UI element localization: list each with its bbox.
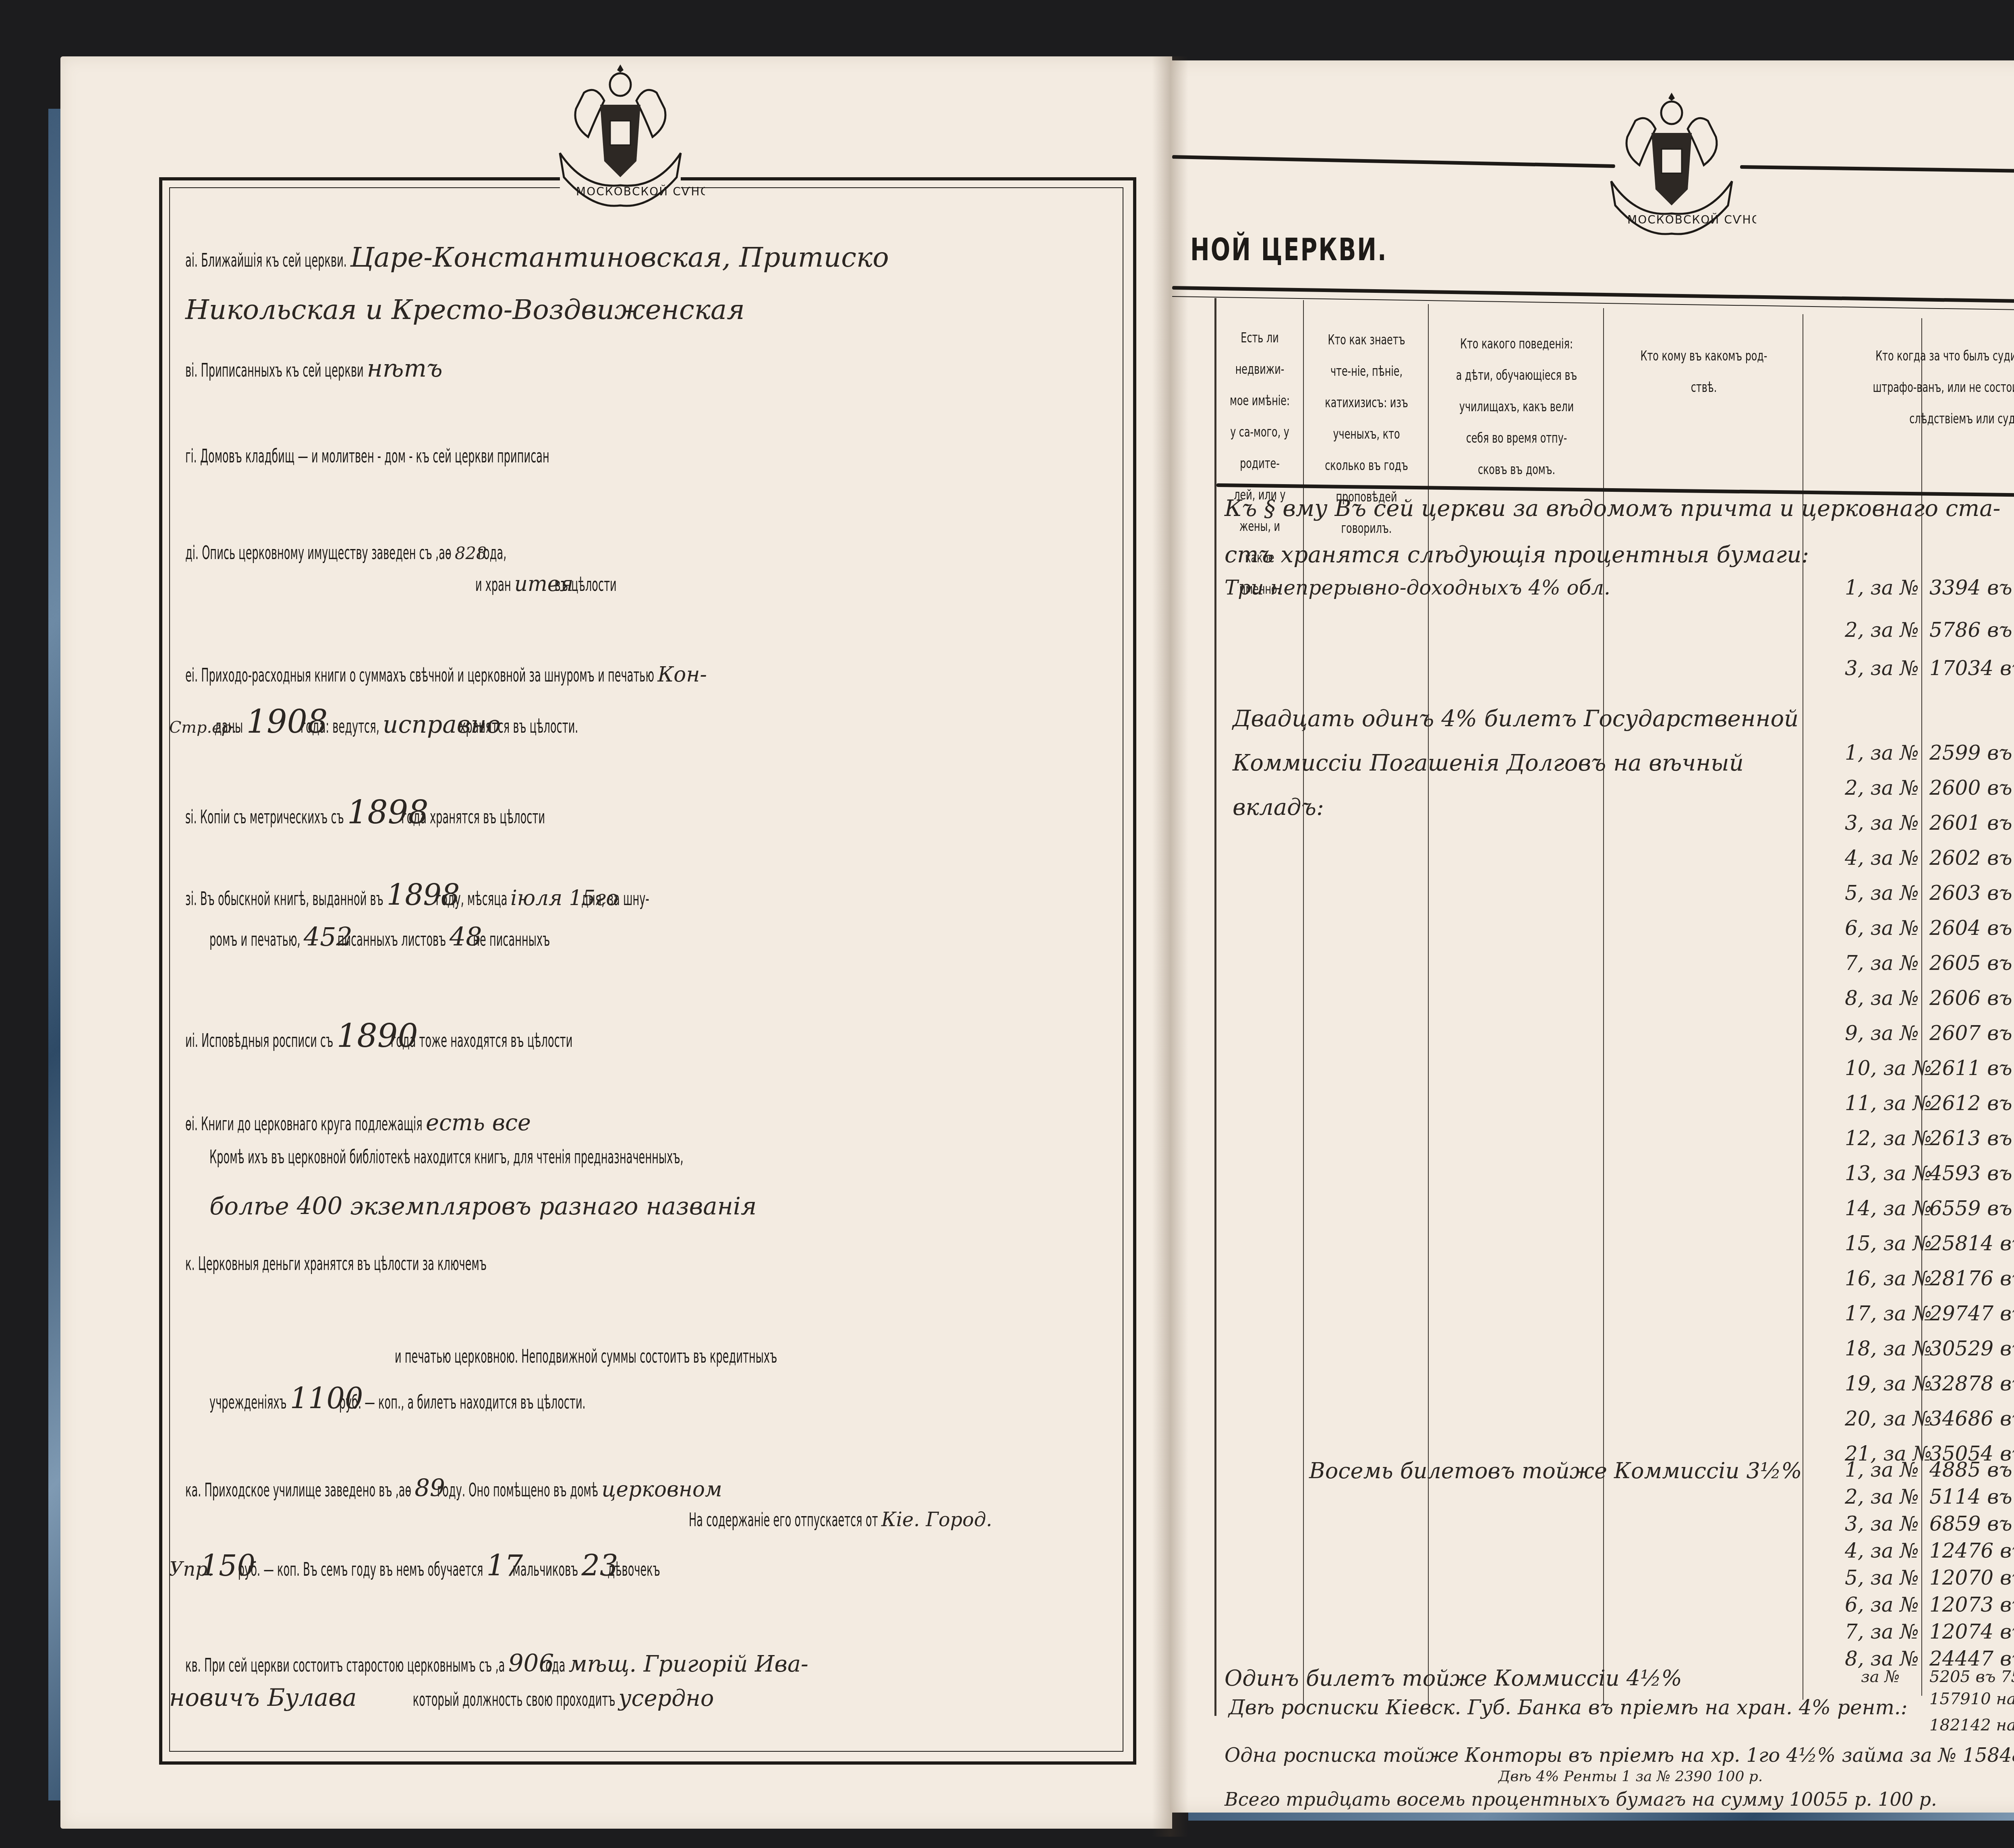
item-zi-cont-label: ромъ и печатью,: [209, 928, 300, 950]
intro-line-1: Къ § вму Въ сей церкви за вѣдомомъ причт…: [1225, 495, 2000, 522]
entry-index: 8, за №: [1845, 1647, 1919, 1670]
item-k-continued: и печатью церковною. Неподвижной суммы с…: [395, 1345, 777, 1367]
item-ei-label: еі. Приходо-расходныя книги о суммахъ св…: [185, 664, 654, 686]
item-ii-label: иі. Исповѣдныя росписи съ: [185, 1030, 333, 1051]
entry-number-value: 182142 на 900 р.: [1929, 1716, 2014, 1734]
document-title: НОЙ ЦЕРКВИ.: [1190, 232, 1388, 267]
entry-number-value: 2607 въ 100 р.: [1929, 1021, 2014, 1045]
entry-number-value: 2605 въ 100 р.: [1929, 951, 2014, 975]
group-label-perpetual: Три непрерывно-доходныхъ 4% обл.: [1225, 576, 1610, 599]
item-di-cont-value: итея: [514, 572, 574, 596]
entry-index: 6, за №: [1845, 916, 1919, 940]
entry-index: 3, за №: [1845, 811, 1919, 835]
entry-number-value: 34686 въ 200 р.: [1929, 1407, 2014, 1430]
entry-index: 20, за №: [1845, 1407, 1932, 1430]
entry-number-value: 24447 въ 100 р.: [1929, 1647, 2014, 1670]
entry-number-value: 2601 въ 100 р.: [1929, 811, 2014, 835]
entry-number-value: 12476 въ 100 р.: [1929, 1539, 2014, 1562]
entry-number-value: 5205 въ 75 р.: [1929, 1668, 2014, 1686]
item-gi: гі. Домовъ кладбищ — и молитвен - дом - …: [185, 445, 549, 467]
entry-number-value: 2602 въ 200 р.: [1929, 846, 2014, 870]
entry-number-value: 29747 въ 300 р.: [1929, 1302, 2014, 1325]
entry-index: 2, за №: [1845, 1485, 1919, 1508]
item-zi-blank-sheets: 48: [450, 922, 482, 952]
entry-index: 6, за №: [1845, 1593, 1919, 1616]
item-di-cont-label: и хран: [475, 574, 511, 595]
entry-number-value: 157910 на 1000 р.: [1929, 1690, 2014, 1708]
item-k-label: к. Церковныя деньги хранятся въ цѣлости …: [185, 1253, 487, 1274]
item-ka-boys: 17: [487, 1549, 523, 1583]
item-zi-continued: ромъ и печатью, 452 писанныхъ листовъ 48…: [209, 922, 550, 952]
entry-index: за №: [1861, 1668, 1900, 1686]
table-left-border: [1214, 298, 1216, 1716]
entry-index: 7, за №: [1845, 951, 1919, 975]
column-header-trials: Кто когда за что былъ судимъ, и чѣмъ штр…: [1855, 340, 2014, 435]
entry-index: 14, за №: [1845, 1197, 1932, 1220]
entry-index: 15, за №: [1845, 1232, 1932, 1255]
item-gi-label: гі. Домовъ кладбищ — и молитвен - дом - …: [185, 445, 549, 467]
entry-index: 3, за №: [1845, 657, 1919, 680]
entry-number-value: 3394 въ 400 р.: [1929, 576, 2014, 599]
entry-number-value: 2604 въ 300 р.: [1929, 916, 2014, 940]
entry-index: 18, за №: [1845, 1337, 1932, 1360]
entry-index: 2, за №: [1845, 776, 1919, 800]
item-ii-year: 1890: [336, 1017, 418, 1055]
item-ka-label2: году. Оно помѣщено въ домѣ: [437, 1479, 598, 1501]
item-ai-continued: Никольская и Кресто-Воздвиженская: [185, 294, 535, 326]
item-thi-value: есть все: [426, 1110, 531, 1136]
item-zi-year: 1898: [387, 878, 460, 912]
item-ka-cont2-label: руб. — коп. Въ семъ году въ немъ обучает…: [238, 1558, 483, 1580]
item-kv-year: 906: [508, 1649, 554, 1678]
item-kv-warden-name: мѣщ. Григорій Ива-: [569, 1651, 808, 1677]
item-ka-year: 89: [414, 1474, 445, 1502]
entry-number-value: 2613 въ 500 р.: [1929, 1127, 2014, 1150]
footer-line-2: Двѣ 4% Ренты 1 за № 2390 100 р.: [1498, 1768, 1763, 1785]
footer-line-3: Всего тридцать восемь процентныхъ бумагъ…: [1225, 1788, 1937, 1810]
entry-number-value: 2606 въ 200 р.: [1929, 986, 2014, 1010]
item-kv-warden-surname: новичъ Булава: [169, 1684, 356, 1712]
entry-number-value: 30529 въ 200 р.: [1929, 1337, 2014, 1360]
item-k: к. Церковныя деньги хранятся въ цѣлости …: [185, 1253, 487, 1274]
column-header-kinship: Кто кому въ какомъ род-ствѣ.: [1635, 340, 1773, 403]
item-ka-girls: 23: [582, 1549, 618, 1583]
item-ka-building: церковном: [601, 1477, 722, 1502]
item-thi-continued: Кромѣ ихъ въ церковной библіотекѣ находи…: [209, 1146, 684, 1168]
item-bi-label: ві. Приписанныхъ къ сей церкви: [185, 359, 364, 381]
item-k-amount: 1100: [290, 1382, 363, 1415]
entry-number-value: 4885 въ 200 р.: [1929, 1458, 2014, 1481]
item-ei-value: Кон-: [657, 663, 707, 687]
group-label-commission-3-5: Восемь билетовъ тойже Коммиссіи 3½%: [1309, 1458, 1802, 1483]
item-thi-label: ѳі. Книги до церковнаго круга подлежащія: [185, 1113, 423, 1135]
item-kv: кв. При сей церкви состоитъ старостою це…: [185, 1649, 719, 1678]
item-ka-funder: Кіе. Город.: [881, 1508, 992, 1531]
imperial-eagle-emblem-icon: МОСКОВСКОЙ СѴНОДАЛЬНОЙ ТИПОГРАФІИ: [536, 56, 705, 226]
item-ai-label: аі. Ближайшія къ сей церкви.: [185, 249, 347, 271]
item-di-label: ді. Опись церковному имуществу заведен с…: [185, 542, 452, 564]
entry-number-value: 2612 въ 100 р.: [1929, 1092, 2014, 1115]
item-bi: ві. Приписанныхъ къ сей церкви нѣтъ: [185, 354, 414, 383]
entry-index: 17, за №: [1845, 1302, 1932, 1325]
item-di-year: 828: [455, 543, 487, 563]
entry-index: 11, за №: [1845, 1092, 1932, 1115]
entry-index: 4, за №: [1845, 846, 1919, 870]
item-thi-cont-label: Кромѣ ихъ въ церковной библіотекѣ находи…: [209, 1146, 684, 1168]
item-si-label: ѕі. Копіи съ метрическихъ съ: [185, 806, 344, 828]
item-ei-prefix: Стр.ер.: [169, 718, 237, 737]
group-label-bank-receipts: Двѣ росписки Кіевск. Губ. Банка въ пріем…: [1229, 1696, 1908, 1719]
entry-number-value: 2599 въ 300 р.: [1929, 741, 2014, 764]
entry-number-value: 2600 въ 100 р.: [1929, 776, 2014, 800]
entry-number-value: 2603 въ 125 р.: [1929, 881, 2014, 905]
entry-index: 7, за №: [1845, 1620, 1919, 1643]
item-ka-continued-2: Упр. 150 руб. — коп. Въ семъ году въ нем…: [169, 1549, 660, 1583]
footer-line-1: Одна росписка тойже Конторы въ пріемѣ на…: [1225, 1744, 2014, 1767]
item-ka: ка. Приходское училище заведено въ ,аѳ 8…: [185, 1474, 677, 1502]
entry-index: 8, за №: [1845, 986, 1919, 1010]
intro-line-2: стъ хранятся слѣдующія процентныя бумаги…: [1225, 542, 1809, 568]
emblem-ribbon-text-right: МОСКОВСКОЙ СѴНОДАЛЬНОЙ ТИПОГРАФІИ: [1627, 213, 1756, 226]
item-ka-funding: 150: [200, 1549, 255, 1583]
entry-index: 1, за №: [1845, 1458, 1919, 1481]
item-bi-value: нѣтъ: [367, 354, 443, 383]
entry-number-value: 32878 въ 500 р.: [1929, 1372, 2014, 1395]
item-k-cont-label: и печатью церковною. Неподвижной суммы с…: [395, 1345, 777, 1367]
item-ei-status: исправно: [383, 711, 501, 739]
item-ka-label: ка. Приходское училище заведено въ ,аѳ: [185, 1479, 411, 1501]
entry-number-value: 5786 въ 1700 р.: [1929, 618, 2014, 642]
entry-number-value: 25814 въ 500 р.: [1929, 1232, 2014, 1255]
item-zi-written-sheets: 452: [304, 922, 352, 952]
entry-number-value: 2611 въ 200 р.: [1929, 1057, 2014, 1080]
item-kv-label: кв. При сей церкви состоитъ старостою це…: [185, 1654, 505, 1676]
imperial-eagle-emblem-icon-right: МОСКОВСКОЙ СѴНОДАЛЬНОЙ ТИПОГРАФІИ: [1587, 85, 1756, 254]
item-k-cont2-label: учрежденіяхъ: [209, 1391, 287, 1413]
entry-index: 5, за №: [1845, 1566, 1919, 1589]
group-label-state-commission: Двадцать одинъ 4% билетъ Государственной…: [1233, 697, 1837, 830]
item-di: ді. Опись церковному имуществу заведен с…: [185, 542, 506, 564]
item-ii: иі. Исповѣдныя росписи съ 1890 года тоже…: [185, 1017, 572, 1055]
entry-index: 1, за №: [1845, 741, 1919, 764]
item-di-continued: и хран итея въ цѣлости: [475, 572, 617, 596]
entry-index: 1, за №: [1845, 576, 1919, 599]
entry-number-value: 5114 въ 100 р.: [1929, 1485, 2014, 1508]
entry-number-value: 12073 въ 220 р.: [1929, 1593, 2014, 1616]
entry-index: 13, за №: [1845, 1162, 1932, 1185]
item-ai: аі. Ближайшія къ сей церкви. Царе-Конста…: [185, 242, 687, 273]
item-thi-library-count: болѣе 400 экземпляровъ разнаго названія: [209, 1192, 756, 1220]
group-label-commission-4-5: Одинъ билетъ тойже Коммиссіи 4½%: [1225, 1666, 1682, 1691]
entry-index: 9, за №: [1845, 1021, 1919, 1045]
entry-number-value: 12074 въ 50 р.: [1929, 1620, 2014, 1643]
item-k-continued-2: учрежденіяхъ 1100 руб. — коп., а билетъ …: [209, 1382, 586, 1415]
entry-index: 5, за №: [1845, 881, 1919, 905]
entry-index: 4, за №: [1845, 1539, 1919, 1562]
item-thi-continued-2: болѣе 400 экземпляровъ разнаго названія: [209, 1192, 551, 1220]
item-kv-cont-label: который должность свою проходитъ: [413, 1688, 615, 1710]
item-ai-value-cont: Никольская и Кресто-Воздвиженская: [185, 294, 745, 326]
entry-number-value: 28176 въ 100 р.: [1929, 1267, 2014, 1290]
item-ei-year: 1908: [247, 703, 328, 740]
entry-number-value: 4593 въ 50 р.: [1929, 1162, 2014, 1185]
entry-number-value: 17034 въ 35 р.: [1929, 657, 2014, 680]
book-gutter: [1152, 56, 1188, 1837]
item-zi-cont-label2: писанныхъ листовъ: [338, 928, 446, 950]
item-kv-continued: новичъ Булава который должность свою про…: [169, 1684, 678, 1712]
item-thi: ѳі. Книги до церковнаго круга подлежащія…: [185, 1110, 491, 1136]
entry-index: 12, за №: [1845, 1127, 1932, 1150]
item-ei: еі. Приходо-расходныя книги о суммахъ св…: [185, 663, 688, 687]
entry-index: 2, за №: [1845, 618, 1919, 642]
entry-number-value: 6859 въ 50 р.: [1929, 1512, 2014, 1535]
column-divider-4: [1803, 314, 1803, 1700]
emblem-ribbon-text: МОСКОВСКОЙ СѴНОДАЛЬНОЙ ТИПОГРАФІИ: [576, 184, 705, 198]
item-zi-label: зі. Въ обыскной книгѣ, выданной въ: [185, 888, 383, 909]
item-zi-date: іюля 15го: [511, 886, 619, 910]
item-k-cont2-label-after: руб. — коп., а билетъ находится въ цѣлос…: [339, 1391, 586, 1413]
item-si: ѕі. Копіи съ метрическихъ съ 1898 года х…: [185, 793, 545, 831]
column-divider-5: [1921, 318, 1922, 1696]
item-ka-cont-label: На содержаніе его отпускается от: [689, 1509, 878, 1531]
item-ei-continued: Стр.ер. даны 1908 года: ведутся, исправн…: [169, 703, 578, 740]
column-header-behavior: Кто какого поведенія: а дѣти, обучающіес…: [1456, 328, 1577, 485]
entry-index: 3, за №: [1845, 1512, 1919, 1535]
item-kv-performance: усердно: [619, 1685, 714, 1711]
entry-index: 10, за №: [1845, 1057, 1932, 1080]
item-ai-value: Царе-Константиновская, Притиско: [350, 242, 889, 273]
entry-index: 16, за №: [1845, 1267, 1932, 1290]
item-ka-continued: На содержаніе его отпускается от Кіе. Го…: [689, 1508, 951, 1531]
entry-index: 19, за №: [1845, 1372, 1932, 1395]
item-zi-cont-label3: не писанныхъ: [473, 928, 550, 950]
item-zi: зі. Въ обыскной книгѣ, выданной въ 1898 …: [185, 878, 649, 912]
entry-number-value: 6559 въ 200 р.: [1929, 1197, 2014, 1220]
item-si-year: 1898: [347, 793, 429, 831]
entry-number-value: 12070 въ 50 р.: [1929, 1566, 2014, 1589]
